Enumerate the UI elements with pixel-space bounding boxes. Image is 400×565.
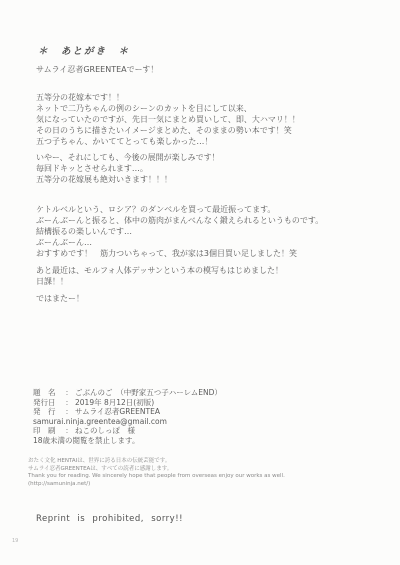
paragraph-line: 結構振るの楽しいんです… — [36, 226, 323, 237]
paragraph-line: ネットで二乃ちゃんの例のシーンのカットを目にして以来、 — [36, 103, 300, 114]
paragraph-line: あと最近は、モルフォ人体デッサンという本の模写もはじめました！ — [36, 265, 283, 276]
paragraph-line: 毎回ドキッとさせられます…。 — [36, 163, 220, 174]
paragraph-line: 五つ子ちゃん、かいててとっても楽しかった…！ — [36, 136, 300, 147]
paragraph-line: ケトルベルという、ロシア？のダンベルを買って最近振ってます。 — [36, 204, 323, 215]
afterword-title: ＊ あとがき ＊ — [38, 43, 130, 57]
paragraph-line: おすすめです！ 筋力ついちゃって、我が家は3個目買い足しました！笑 — [36, 248, 323, 259]
signoff-text: ではまたー！ — [36, 293, 84, 304]
fine-print-line: Thank you for reading. We sincerely hope… — [28, 473, 285, 481]
fine-print-line: おたく文化 HENTAIは、世界に誇る日本の伝統芸能です。 — [28, 458, 285, 466]
fine-print-url: (http://samuninja.net/) — [28, 481, 285, 489]
greeting-text: サムライ忍者GREENTEAでーす！ — [36, 64, 158, 75]
age-restriction-notice: 18歳未満の閲覧を禁止します。 — [33, 436, 222, 446]
fine-print: おたく文化 HENTAIは、世界に誇る日本の伝統芸能です。 サムライ忍者GREE… — [28, 458, 285, 488]
age-restriction-text: 18歳未満の閲覧を禁止します。 — [33, 436, 139, 446]
colophon-separator: ： — [63, 398, 75, 408]
paragraph-line: いやー、それにしても、今後の展開が楽しみです！ — [36, 152, 220, 163]
paragraph-line: ぶーんぶーん… — [36, 237, 323, 248]
paragraph-3: ケトルベルという、ロシア？のダンベルを買って最近振ってます。 ぶーんぶーんと振る… — [36, 204, 323, 259]
colophon-separator: ： — [63, 426, 75, 436]
reprint-notice: Reprint is prohibited, sorry!! — [36, 514, 183, 524]
colophon-row-printer: 印 刷 ： ねこのしっぽ 様 — [33, 426, 222, 436]
colophon-label: 発行日 — [33, 398, 63, 408]
colophon-label: 題 名 — [33, 388, 63, 398]
colophon-value: サムライ忍者GREENTEA — [75, 407, 160, 417]
colophon-row-email: samurai.ninja.greentea@gmail.com — [33, 417, 222, 427]
paragraph-2: いやー、それにしても、今後の展開が楽しみです！ 毎回ドキッとさせられます…。 五… — [36, 152, 220, 185]
paragraph-4: あと最近は、モルフォ人体デッサンという本の模写もはじめました！ 日課！！ — [36, 265, 283, 287]
afterword-page: ＊ あとがき ＊ サムライ忍者GREENTEAでーす！ 五等分の花嫁本です！！ … — [0, 0, 400, 565]
greeting-line: サムライ忍者GREENTEAでーす！ — [36, 64, 158, 75]
colophon: 題 名 ： ごぶんのご （中野家五つ子ハーレムEND） 発行日 ： 2019年 … — [33, 388, 222, 445]
paragraph-line: 日課！！ — [36, 276, 283, 287]
contact-email: samurai.ninja.greentea@gmail.com — [33, 417, 167, 427]
colophon-value: 2019年 8月12日(初版) — [75, 398, 154, 408]
signoff: ではまたー！ — [36, 293, 84, 304]
colophon-label: 印 刷 — [33, 426, 63, 436]
paragraph-1: 五等分の花嫁本です！！ ネットで二乃ちゃんの例のシーンのカットを目にして以来、 … — [36, 92, 300, 147]
colophon-separator: ： — [63, 407, 75, 417]
colophon-value: ごぶんのご （中野家五つ子ハーレムEND） — [75, 388, 222, 398]
fine-print-line: サムライ忍者GREENTEAは、すべての読者に感謝します。 — [28, 466, 285, 474]
paragraph-line: 五等分の花嫁展も絶対いきます！！！ — [36, 174, 220, 185]
colophon-label: 発 行 — [33, 407, 63, 417]
colophon-row-publisher: 発 行 ： サムライ忍者GREENTEA — [33, 407, 222, 417]
paragraph-line: ぶーんぶーんと振ると、体中の筋肉がまんべんなく鍛えられるというものです。 — [36, 215, 323, 226]
colophon-value: ねこのしっぽ 様 — [75, 426, 135, 436]
colophon-row-date: 発行日 ： 2019年 8月12日(初版) — [33, 398, 222, 408]
paragraph-line: 五等分の花嫁本です！！ — [36, 92, 300, 103]
paragraph-line: その日のうちに描きたいイメージまとめた、そのままの勢い本です！笑 — [36, 125, 300, 136]
paragraph-line: 気になっていたのですが、先日一気にまとめ買いして、即、大ハマリ！！ — [36, 114, 300, 125]
page-number: 19 — [12, 538, 18, 544]
colophon-separator: ： — [63, 388, 75, 398]
colophon-row-title: 題 名 ： ごぶんのご （中野家五つ子ハーレムEND） — [33, 388, 222, 398]
